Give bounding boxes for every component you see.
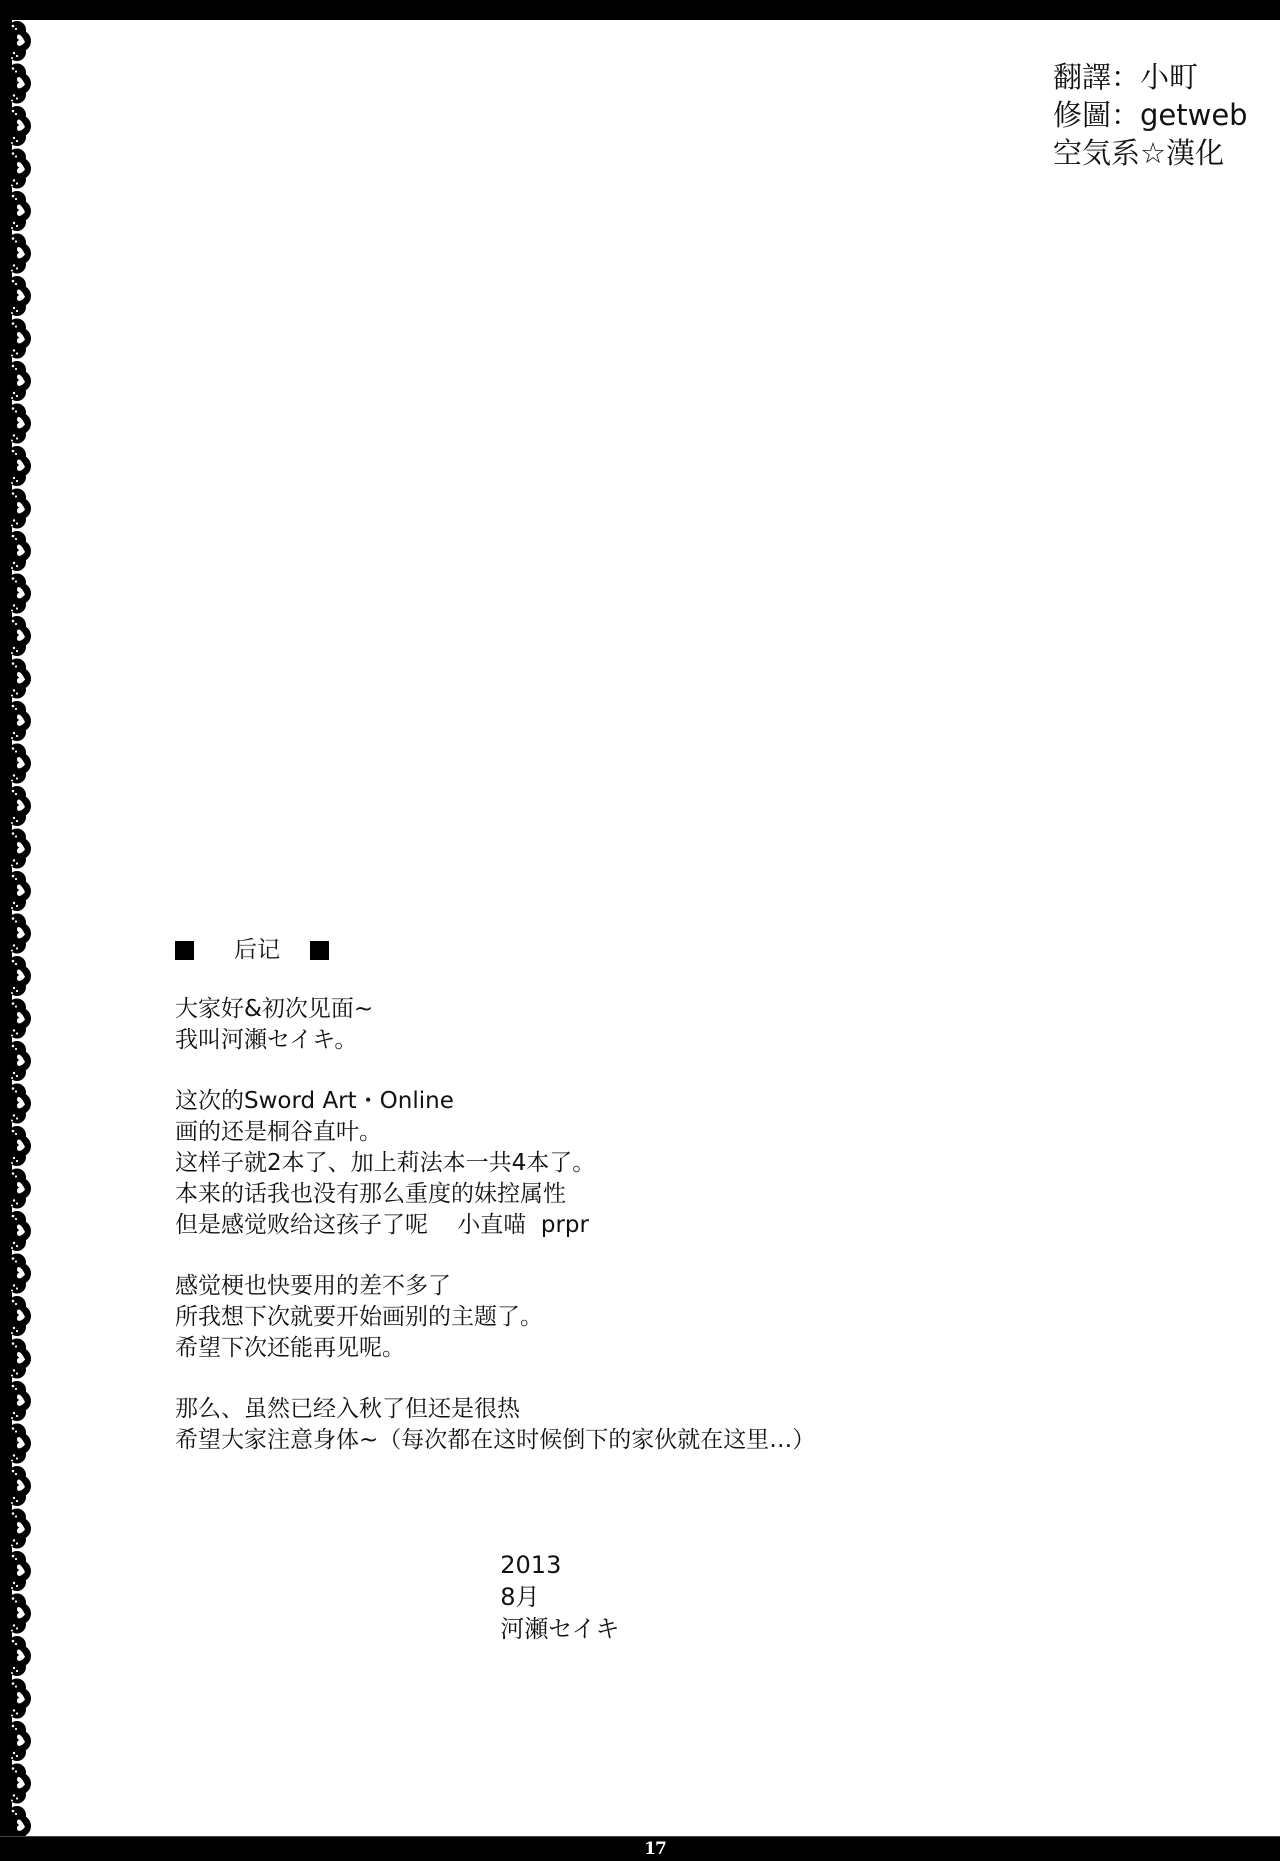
page-number: 17 <box>640 1840 670 1859</box>
text-line: 感觉梗也快要用的差不多了 <box>175 1271 1075 1302</box>
text-line: 大家好&初次见面~ <box>175 994 1075 1025</box>
text-line: 但是感觉败给这孩子了呢 小直喵 prpr <box>175 1210 1075 1241</box>
afterword-title: 后记 <box>234 934 280 966</box>
afterword-body: 大家好&初次见面~ 我叫河瀬セイキ。 这次的Sword Art・Online 画… <box>175 994 1075 1456</box>
credit-group: 空気系☆漢化 <box>1053 134 1248 172</box>
afterword-section: 后记 大家好&初次见面~ 我叫河瀬セイキ。 这次的Sword Art・Onlin… <box>175 934 1075 1486</box>
afterword-heading: 后记 <box>175 934 1075 966</box>
paragraph-next-plans: 感觉梗也快要用的差不多了 所我想下次就要开始画别的主题了。 希望下次还能再见呢。 <box>175 1271 1075 1364</box>
text-line: 本来的话我也没有那么重度的妹控属性 <box>175 1179 1075 1210</box>
signature-year: 2013 <box>500 1549 561 1581</box>
scanlation-credits: 翻譯：小町 修圖：getweb 空気系☆漢化 <box>1053 58 1248 172</box>
lace-border-decoration <box>0 20 34 1836</box>
text-line: 这次的Sword Art・Online <box>175 1086 1075 1117</box>
top-frame-bar <box>0 0 1280 20</box>
square-bullet-icon <box>175 941 194 960</box>
text-line: 希望大家注意身体~（每次都在这时候倒下的家伙就在这里…） <box>175 1425 1075 1456</box>
lace-scallop-icon <box>0 20 34 1836</box>
text-line: 画的还是桐谷直叶。 <box>175 1117 1075 1148</box>
credit-translator: 翻譯：小町 <box>1053 58 1248 96</box>
paragraph-about-book: 这次的Sword Art・Online 画的还是桐谷直叶。 这样子就2本了、加上… <box>175 1086 1075 1241</box>
credit-editor: 修圖：getweb <box>1053 96 1248 134</box>
text-line: 我叫河瀬セイキ。 <box>175 1025 1075 1056</box>
signature-month: 8月 <box>500 1581 539 1613</box>
text-line: 这样子就2本了、加上莉法本一共4本了。 <box>175 1148 1075 1179</box>
square-bullet-icon <box>310 941 329 960</box>
signature-author: 河瀬セイキ <box>500 1613 619 1645</box>
text-line: 所我想下次就要开始画别的主题了。 <box>175 1302 1075 1333</box>
signature-line: 2013 8月 河瀬セイキ <box>485 1517 620 1645</box>
text-line: 希望下次还能再见呢。 <box>175 1333 1075 1364</box>
text-line: 那么、虽然已经入秋了但还是很热 <box>175 1394 1075 1425</box>
paragraph-closing: 那么、虽然已经入秋了但还是很热 希望大家注意身体~（每次都在这时候倒下的家伙就在… <box>175 1394 1075 1456</box>
paragraph-greeting: 大家好&初次见面~ 我叫河瀬セイキ。 <box>175 994 1075 1056</box>
